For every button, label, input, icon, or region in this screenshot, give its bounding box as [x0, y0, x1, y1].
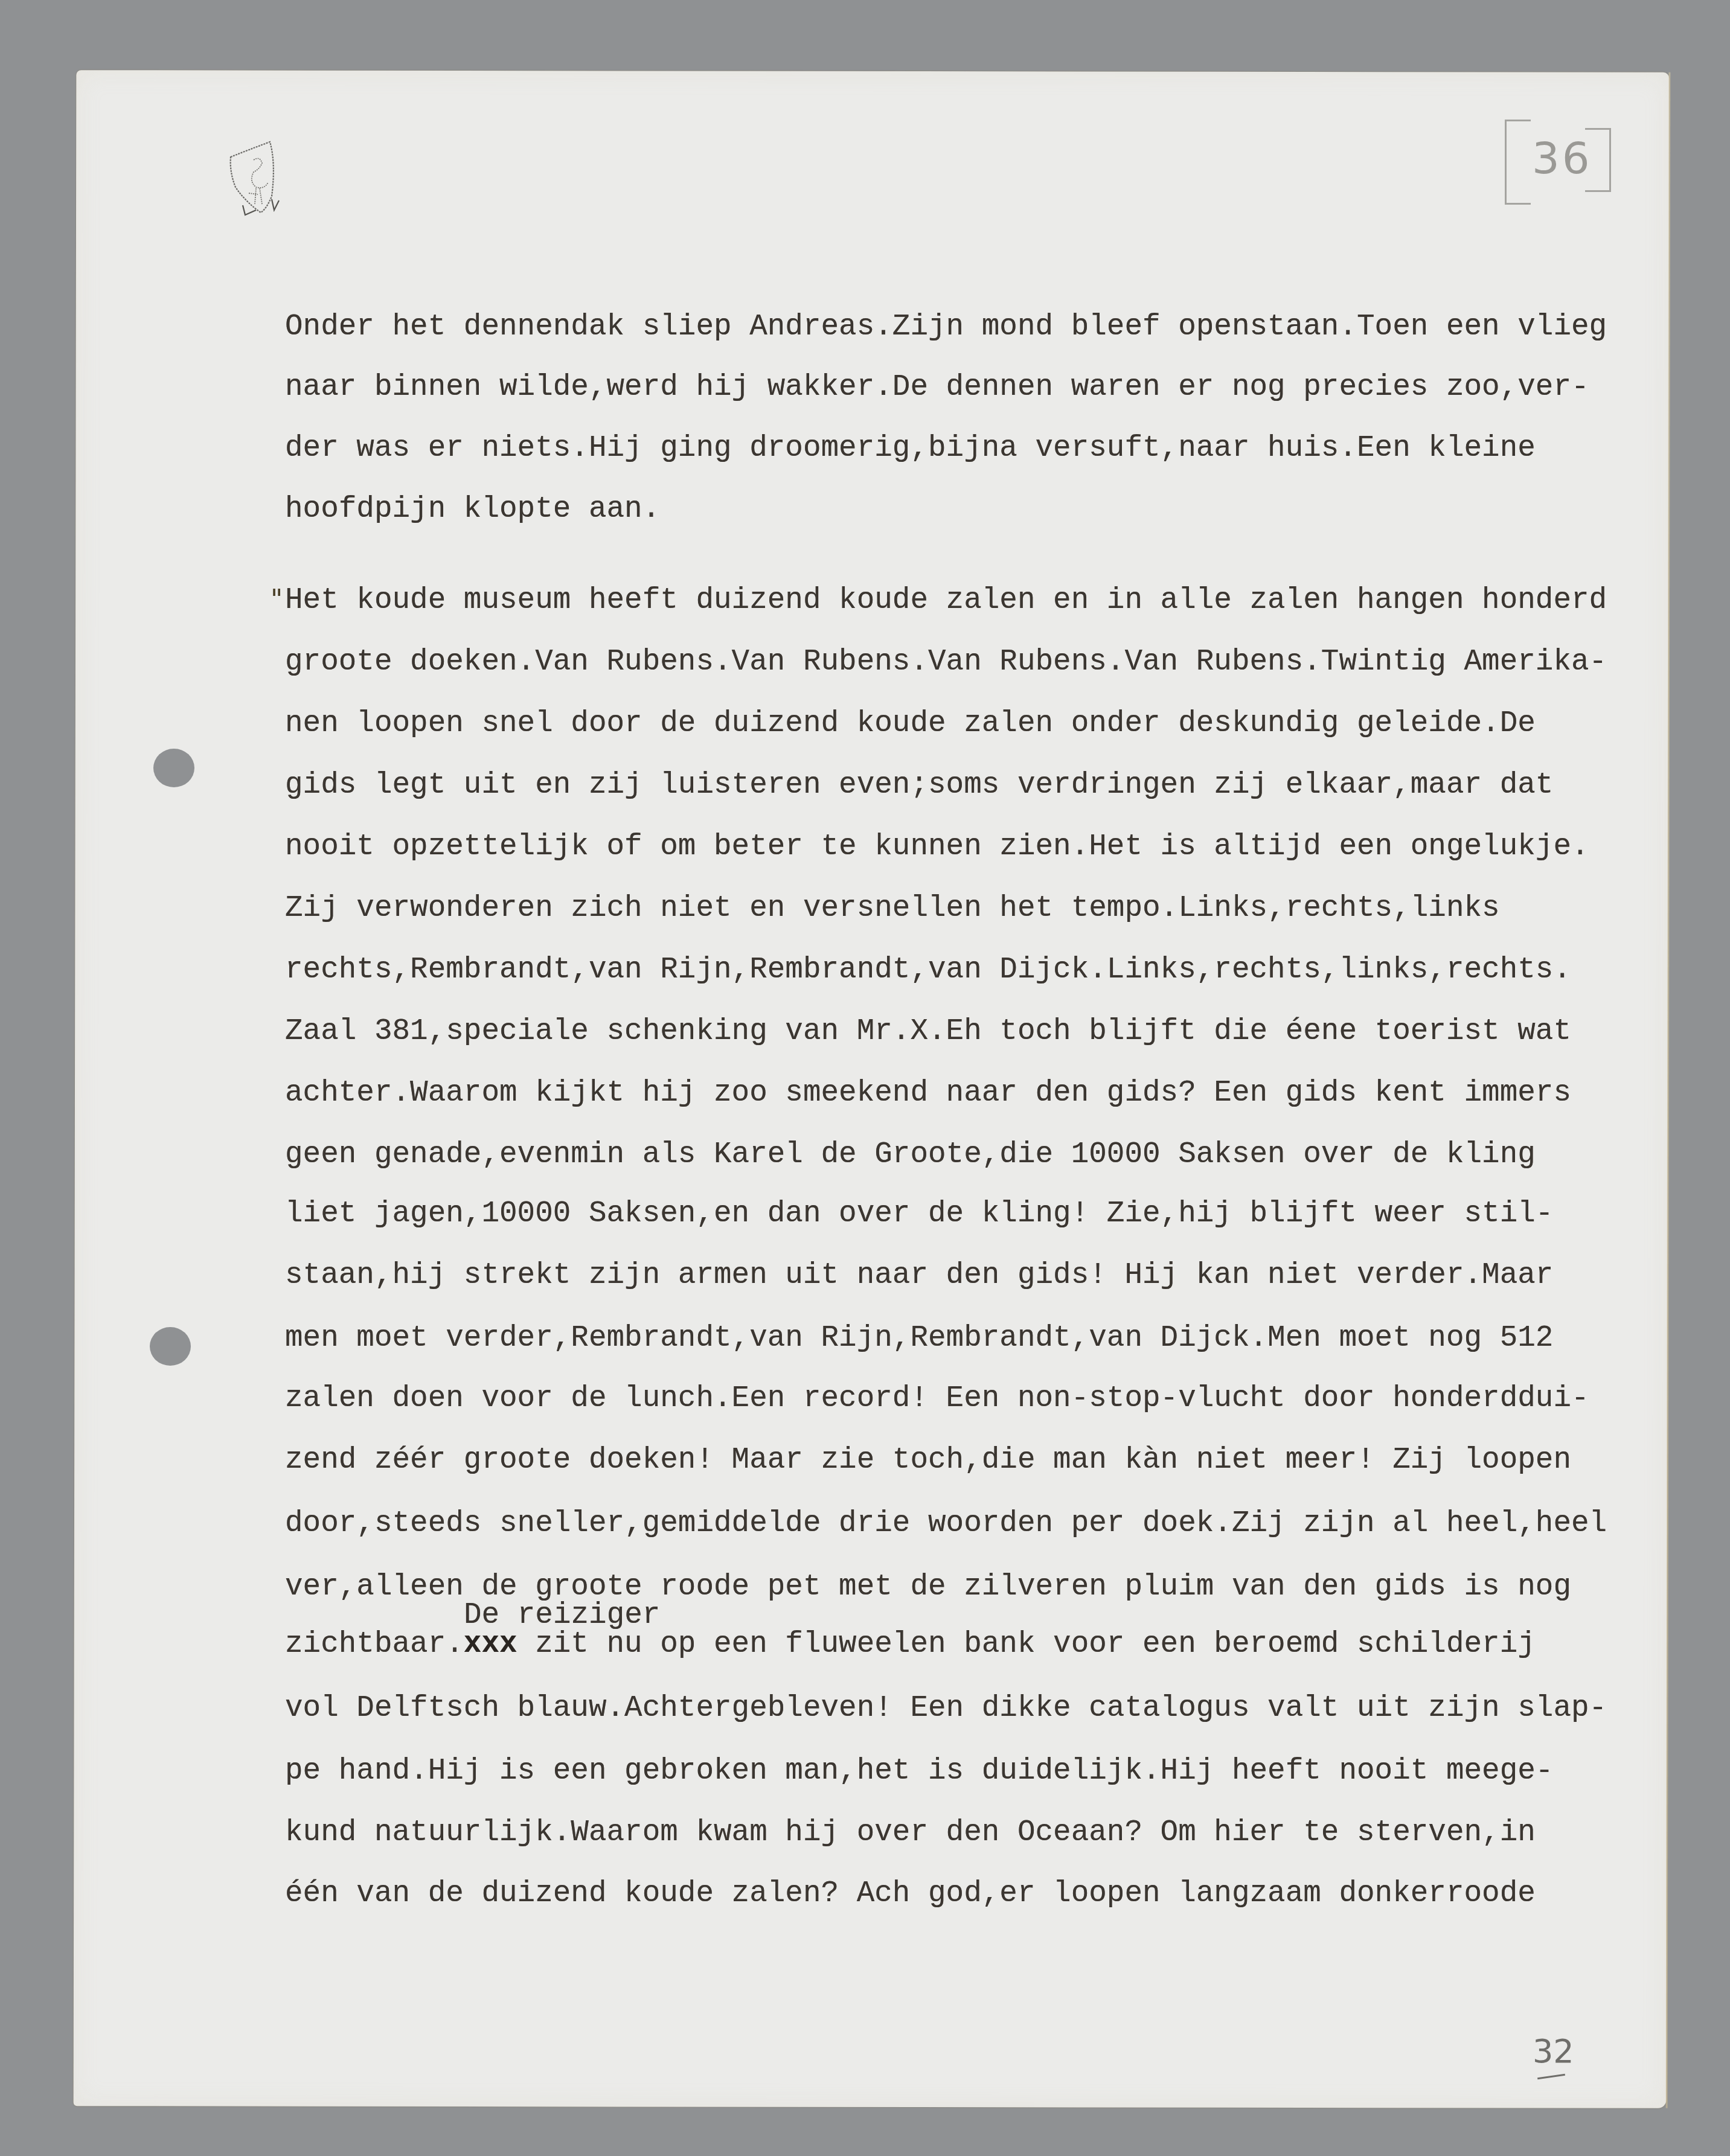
- bracket-right: [1585, 128, 1611, 192]
- text-line: Zaal 381,speciale schenking van Mr.X.Eh …: [285, 1017, 1571, 1046]
- struck-out-word: xxx: [464, 1627, 517, 1661]
- text-line: nooit opzettelijk of om beter te kunnen …: [285, 832, 1589, 862]
- text-line: door,steeds sneller,gemiddelde drie woor…: [285, 1509, 1607, 1538]
- archive-page-number-text: 36: [1532, 133, 1592, 184]
- text-line: zend zéér groote doeken! Maar zie toch,d…: [285, 1445, 1571, 1475]
- text-line: kund natuurlijk.Waarom kwam hij over den…: [285, 1818, 1536, 1847]
- archive-page-number: 36: [1505, 115, 1611, 202]
- line-prefix: zichtbaar.: [285, 1627, 464, 1661]
- opening-quote-mark: ": [271, 584, 283, 615]
- text-line: één van de duizend koude zalen? Ach god,…: [285, 1879, 1536, 1908]
- text-line: gids legt uit en zij luisteren even;soms…: [285, 770, 1553, 800]
- text-line: Het koude museum heeft duizend koude zal…: [285, 586, 1607, 615]
- text-line: pe hand.Hij is een gebroken man,het is d…: [285, 1756, 1553, 1786]
- text-line: nen loopen snel door de duizend koude za…: [285, 709, 1536, 738]
- text-line: der was er niets.Hij ging droomerig,bijn…: [285, 433, 1536, 463]
- page-number-bottom-text: 32: [1533, 2032, 1574, 2070]
- text-line: vol Delftsch blauw.Achtergebleven! Een d…: [285, 1694, 1607, 1723]
- text-line: ver,alleen de groote roode pet met de zi…: [285, 1572, 1571, 1602]
- punch-hole: [153, 749, 194, 787]
- text-line: zalen doen voor de lunch.Een record! Een…: [285, 1384, 1589, 1413]
- text-line: hoofdpijn klopte aan.: [285, 494, 660, 524]
- coat-of-arms-stamp-icon: [225, 139, 291, 217]
- text-line: Onder het dennendak sliep Andreas.Zijn m…: [285, 312, 1607, 342]
- text-line: geen genade,evenmin als Karel de Groote,…: [285, 1140, 1536, 1169]
- text-line: Zij verwonderen zich niet en versnellen …: [285, 894, 1500, 923]
- page-number-bottom: 32: [1533, 2032, 1574, 2070]
- text-line: naar binnen wilde,werd hij wakker.De den…: [285, 373, 1589, 402]
- punch-hole: [150, 1327, 191, 1366]
- text-line: liet jagen,10000 Saksen,en dan over de k…: [285, 1199, 1553, 1229]
- text-line: achter.Waarom kijkt hij zoo smeekend naa…: [285, 1078, 1571, 1108]
- line-rest: zit nu op een fluweelen bank voor een be…: [517, 1627, 1536, 1661]
- bracket-left: [1505, 120, 1531, 205]
- text-line: rechts,Rembrandt,van Rijn,Rembrandt,van …: [285, 955, 1571, 985]
- text-line-with-correction: zichtbaar.xxx zit nu op een fluweelen ba…: [285, 1630, 1536, 1659]
- interlinear-insertion: De reiziger: [464, 1601, 660, 1630]
- text-line: staan,hij strekt zijn armen uit naar den…: [285, 1261, 1553, 1290]
- text-line: men moet verder,Rembrandt,van Rijn,Rembr…: [285, 1323, 1553, 1353]
- text-line: groote doeken.Van Rubens.Van Rubens.Van …: [285, 647, 1607, 677]
